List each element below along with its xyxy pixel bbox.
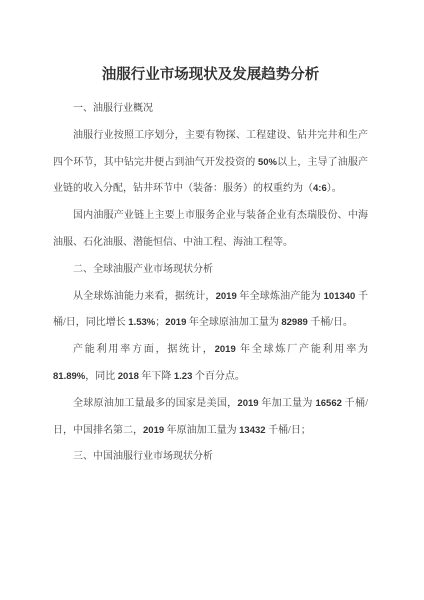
numeric-value: 82989 (281, 317, 307, 328)
text-run: 一、油服行业概况 (73, 103, 153, 114)
text-run: 年加工量为 (259, 398, 316, 409)
text-run: 年下降 (139, 371, 174, 382)
numeric-value: 2018 (118, 371, 139, 382)
paragraph: 全球原油加工量最多的国家是美国，2019 年加工量为 16562 千桶/日，中国… (53, 391, 368, 445)
numeric-value: 81.89% (53, 371, 85, 382)
numeric-value: 16562 (315, 398, 341, 409)
section-heading-3: 三、中国油服行业市场现状分析 (53, 444, 368, 471)
paragraph: 油服行业按照工序划分，主要有物探、工程建设、钻井完井和生产四个环节，其中钻完井便… (53, 123, 368, 203)
text-run: 从全球炼油能力来看，据统计， (73, 291, 216, 302)
paragraph: 从全球炼油能力来看，据统计，2019 年全球炼油产能为 101340 千桶/日，… (53, 284, 368, 338)
numeric-value: 1.53% (128, 317, 155, 328)
numeric-value: 2019 (165, 317, 186, 328)
numeric-value: 2019 (215, 344, 236, 355)
numeric-value: 2019 (143, 425, 164, 436)
text-run: 千桶/日。 (308, 317, 353, 328)
document-body: 油服行业市场现状及发展趋势分析 一、油服行业概况 油服行业按照工序划分，主要有物… (0, 0, 424, 471)
numeric-value: 1.23 (174, 371, 193, 382)
text-run: 国内油服产业链上主要上市服务企业与装备企业有杰瑞股份、中海油服、石化油服、潜能恒… (53, 210, 368, 248)
text-run: 全球原油加工量最多的国家是美国， (73, 398, 237, 409)
numeric-value: 2019 (237, 398, 258, 409)
document-content: 一、油服行业概况 油服行业按照工序划分，主要有物探、工程建设、钻井完井和生产四个… (53, 96, 368, 471)
numeric-value: 2019 (216, 291, 237, 302)
text-run: 年原油加工量为 (164, 425, 239, 436)
numeric-value: 4:6 (313, 183, 327, 194)
text-run: 年全球炼油产能为 (237, 291, 324, 302)
paragraph: 产能利用率方面，据统计，2019 年全球炼厂产能利用率为 81.89%，同比 2… (53, 337, 368, 391)
paragraph: 国内油服产业链上主要上市服务企业与装备企业有杰瑞股份、中海油服、石化油服、潜能恒… (53, 203, 368, 257)
document-page: 油服行业市场现状及发展趋势分析 一、油服行业概况 油服行业按照工序划分，主要有物… (0, 0, 424, 600)
text-run: ； (155, 317, 165, 328)
text-run: 三、中国油服行业市场现状分析 (73, 451, 213, 462)
numeric-value: 13432 (239, 425, 265, 436)
text-run: ）。 (327, 183, 342, 194)
section-heading-1: 一、油服行业概况 (53, 96, 368, 123)
text-run: 年全球原油加工量为 (186, 317, 281, 328)
text-run: 千桶/日； (266, 425, 311, 436)
document-title: 油服行业市场现状及发展趋势分析 (53, 60, 368, 90)
text-run: ，同比 (85, 371, 118, 382)
text-run: 二、全球油服产业市场现状分析 (73, 264, 213, 275)
text-run: 产能利用率方面，据统计， (73, 344, 215, 355)
numeric-value: 101340 (324, 291, 356, 302)
section-heading-2: 二、全球油服产业市场现状分析 (53, 257, 368, 284)
text-run: 年全球炼厂产能利用率为 (236, 344, 368, 355)
text-run: 个百分点。 (192, 371, 245, 382)
numeric-value: 50% (258, 157, 277, 168)
